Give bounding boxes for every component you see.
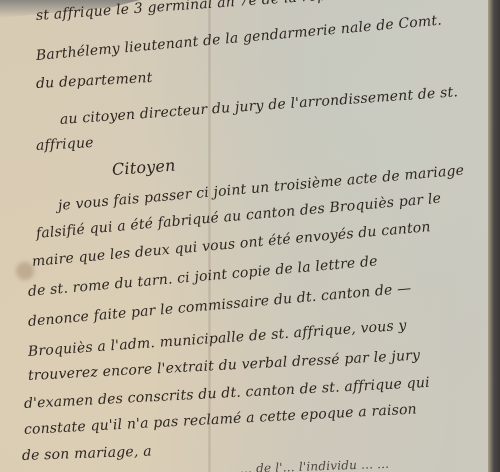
letter-line-sender: Barthélemy lieutenant de la gendarmerie … <box>35 13 442 64</box>
letter-body-line: de son mariage, a <box>22 443 152 464</box>
letter-body-line-cut: ... de l'... l'individu ... ... <box>240 457 390 472</box>
letter-line-recipient: au citoyen directeur du jury de l'arrond… <box>59 84 458 128</box>
letter-salutation: Citoyen <box>111 156 176 179</box>
page-edge <box>488 0 500 472</box>
letter-line-sender-dept: du departement <box>36 70 153 92</box>
letter-line-recipient-place: affrique <box>36 135 95 154</box>
letter-page: st affrique le 3 germinal an 7e de la re… <box>0 0 490 472</box>
